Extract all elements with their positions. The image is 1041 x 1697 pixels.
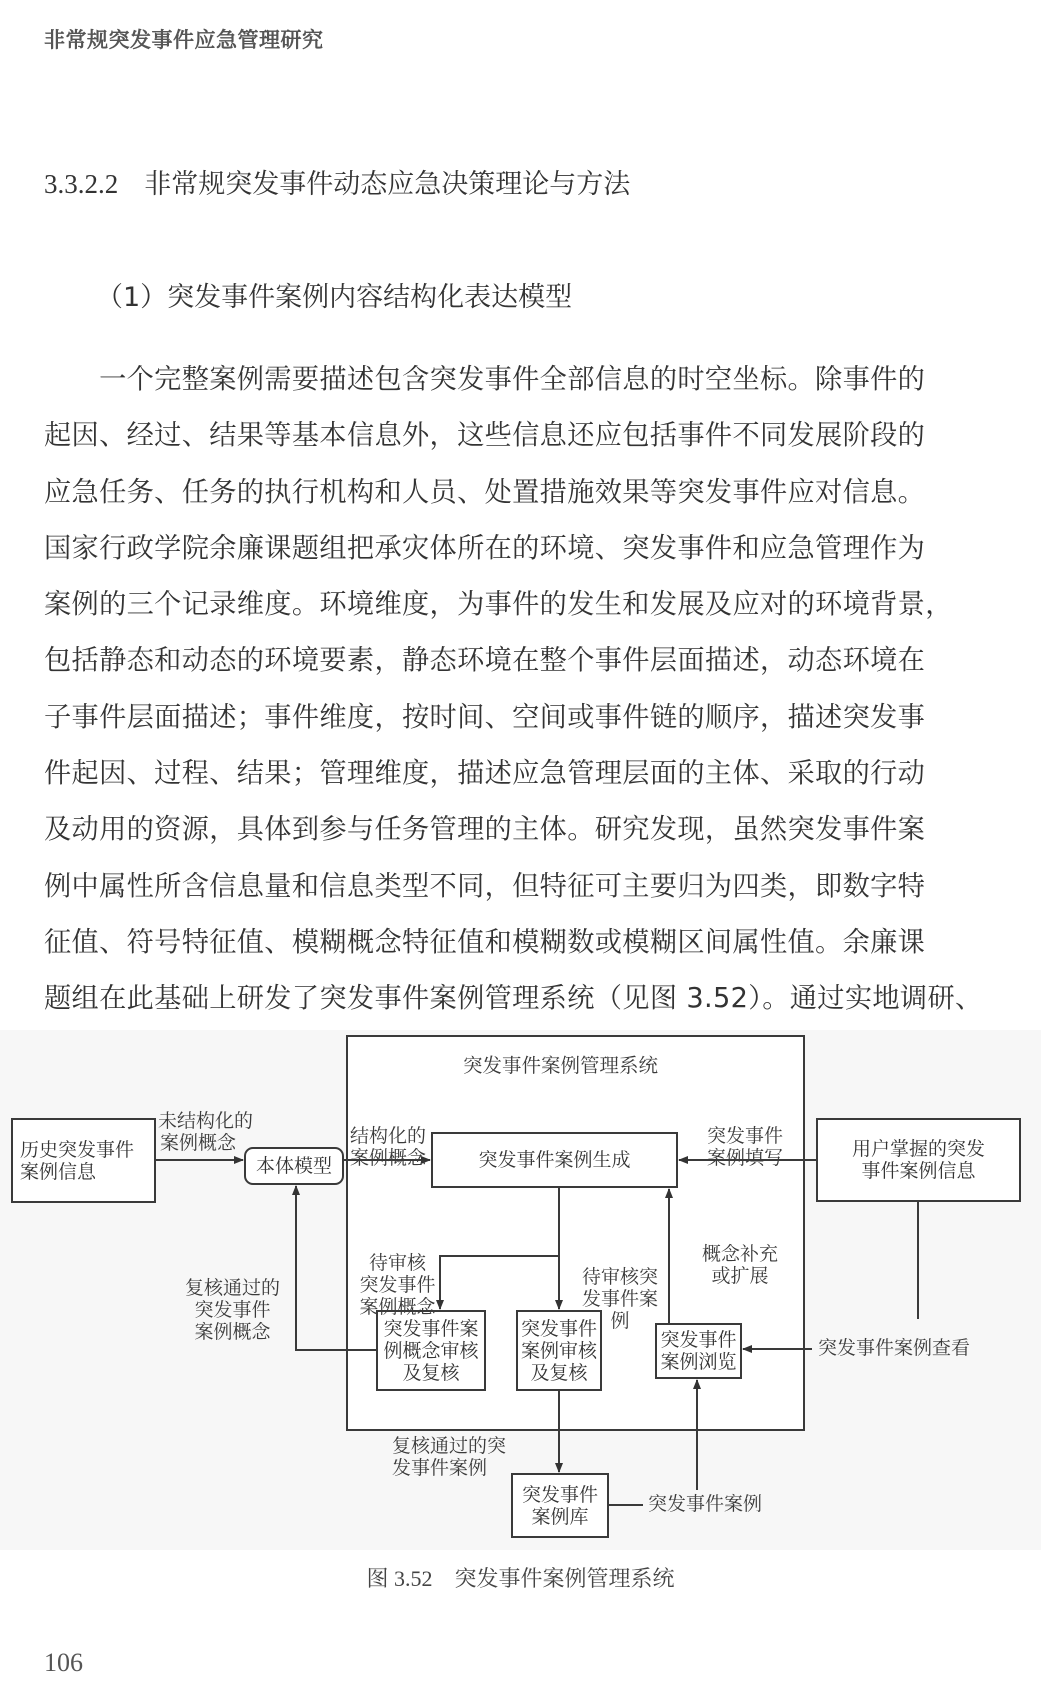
page-number: 106 — [44, 1648, 83, 1678]
paragraph-line: 起因、经过、结果等基本信息外，这些信息还应包括事件不同发展阶段的 — [44, 408, 999, 464]
label-unstructured-concepts: 未结构化的 案例概念 — [158, 1110, 238, 1154]
figure-number: 图 3.52 — [366, 1566, 432, 1591]
label-pending-cases: 待审核突 发事件案 例 — [575, 1266, 665, 1332]
paragraph-line: 题组在此基础上研发了突发事件案例管理系统（见图 3.52）。通过实地调研、 — [44, 971, 999, 1027]
body-paragraph: 一个完整案例需要描述包含突发事件全部信息的时空坐标。除事件的 起因、经过、结果等… — [44, 352, 999, 1028]
label-concept-extend: 概念补充 或扩展 — [690, 1243, 790, 1287]
paragraph-line: 包括静态和动态的环境要素，静态环境在整个事件层面描述，动态环境在 — [44, 633, 999, 689]
flow-diagram — [0, 1030, 1041, 1550]
figure-caption-title: 突发事件案例管理系统 — [455, 1567, 675, 1592]
label-pending-concepts: 待审核 突发事件 案例概念 — [350, 1252, 445, 1318]
paragraph-line: 应急任务、任务的执行机构和人员、处置措施效果等突发事件应对信息。 — [44, 465, 999, 521]
case-library-box: 突发事件 案例库 — [512, 1474, 608, 1537]
figure-case-management-system: 突发事件案例管理系统 历史突发事件 案例信息 本体模型 突发事件案例生成 用户掌… — [0, 1030, 1041, 1550]
label-case-output: 突发事件案例 — [648, 1493, 762, 1515]
paragraph-line: 征值、符号特征值、模糊概念特征值和模糊数或模糊区间属性值。余廉课 — [44, 915, 999, 971]
system-title: 突发事件案例管理系统 — [463, 1055, 658, 1077]
label-approved-concepts: 复核通过的 突发事件 案例概念 — [180, 1277, 285, 1343]
paragraph-line: 国家行政学院余廉课题组把承灾体所在的环境、突发事件和应急管理作为 — [44, 521, 999, 577]
label-case-view: 突发事件案例查看 — [818, 1337, 970, 1359]
section-number: 3.3.2.2 — [44, 169, 118, 199]
section-heading: 3.3.2.2非常规突发事件动态应急决策理论与方法 — [44, 162, 630, 201]
history-info-box: 历史突发事件 案例信息 — [14, 1121, 153, 1200]
label-approved-cases: 复核通过的突 发事件案例 — [392, 1435, 506, 1479]
concept-review-box: 突发事件案 例概念审核 及复核 — [377, 1311, 485, 1390]
paragraph-line: 例中属性所含信息量和信息类型不同，但特征可主要归为四类，即数字特 — [44, 859, 999, 915]
ontology-model-box: 本体模型 — [245, 1148, 343, 1184]
paragraph-line: 件起因、过程、结果；管理维度，描述应急管理层面的主体、采取的行动 — [44, 746, 999, 802]
section-title-text: 非常规突发事件动态应急决策理论与方法 — [144, 169, 630, 200]
paragraph-line: 及动用的资源，具体到参与任务管理的主体。研究发现，虽然突发事件案 — [44, 802, 999, 858]
figure-caption: 图 3.52突发事件案例管理系统 — [0, 1562, 1041, 1593]
subsection-heading: （1）突发事件案例内容结构化表达模型 — [96, 275, 572, 314]
label-structured-concepts: 结构化的 案例概念 — [350, 1125, 426, 1169]
paragraph-line: 一个完整案例需要描述包含突发事件全部信息的时空坐标。除事件的 — [44, 352, 999, 408]
paragraph-line: 子事件层面描述；事件维度，按时间、空间或事件链的顺序，描述突发事 — [44, 690, 999, 746]
label-case-fill: 突发事件 案例填写 — [700, 1125, 790, 1169]
case-generation-box: 突发事件案例生成 — [432, 1133, 677, 1187]
running-head: 非常规突发事件应急管理研究 — [44, 24, 324, 54]
user-info-box: 用户掌握的突发 事件案例信息 — [817, 1119, 1020, 1201]
case-browse-box: 突发事件 案例浏览 — [656, 1324, 741, 1378]
paragraph-line: 案例的三个记录维度。环境维度，为事件的发生和发展及应对的环境背景， — [44, 577, 999, 633]
